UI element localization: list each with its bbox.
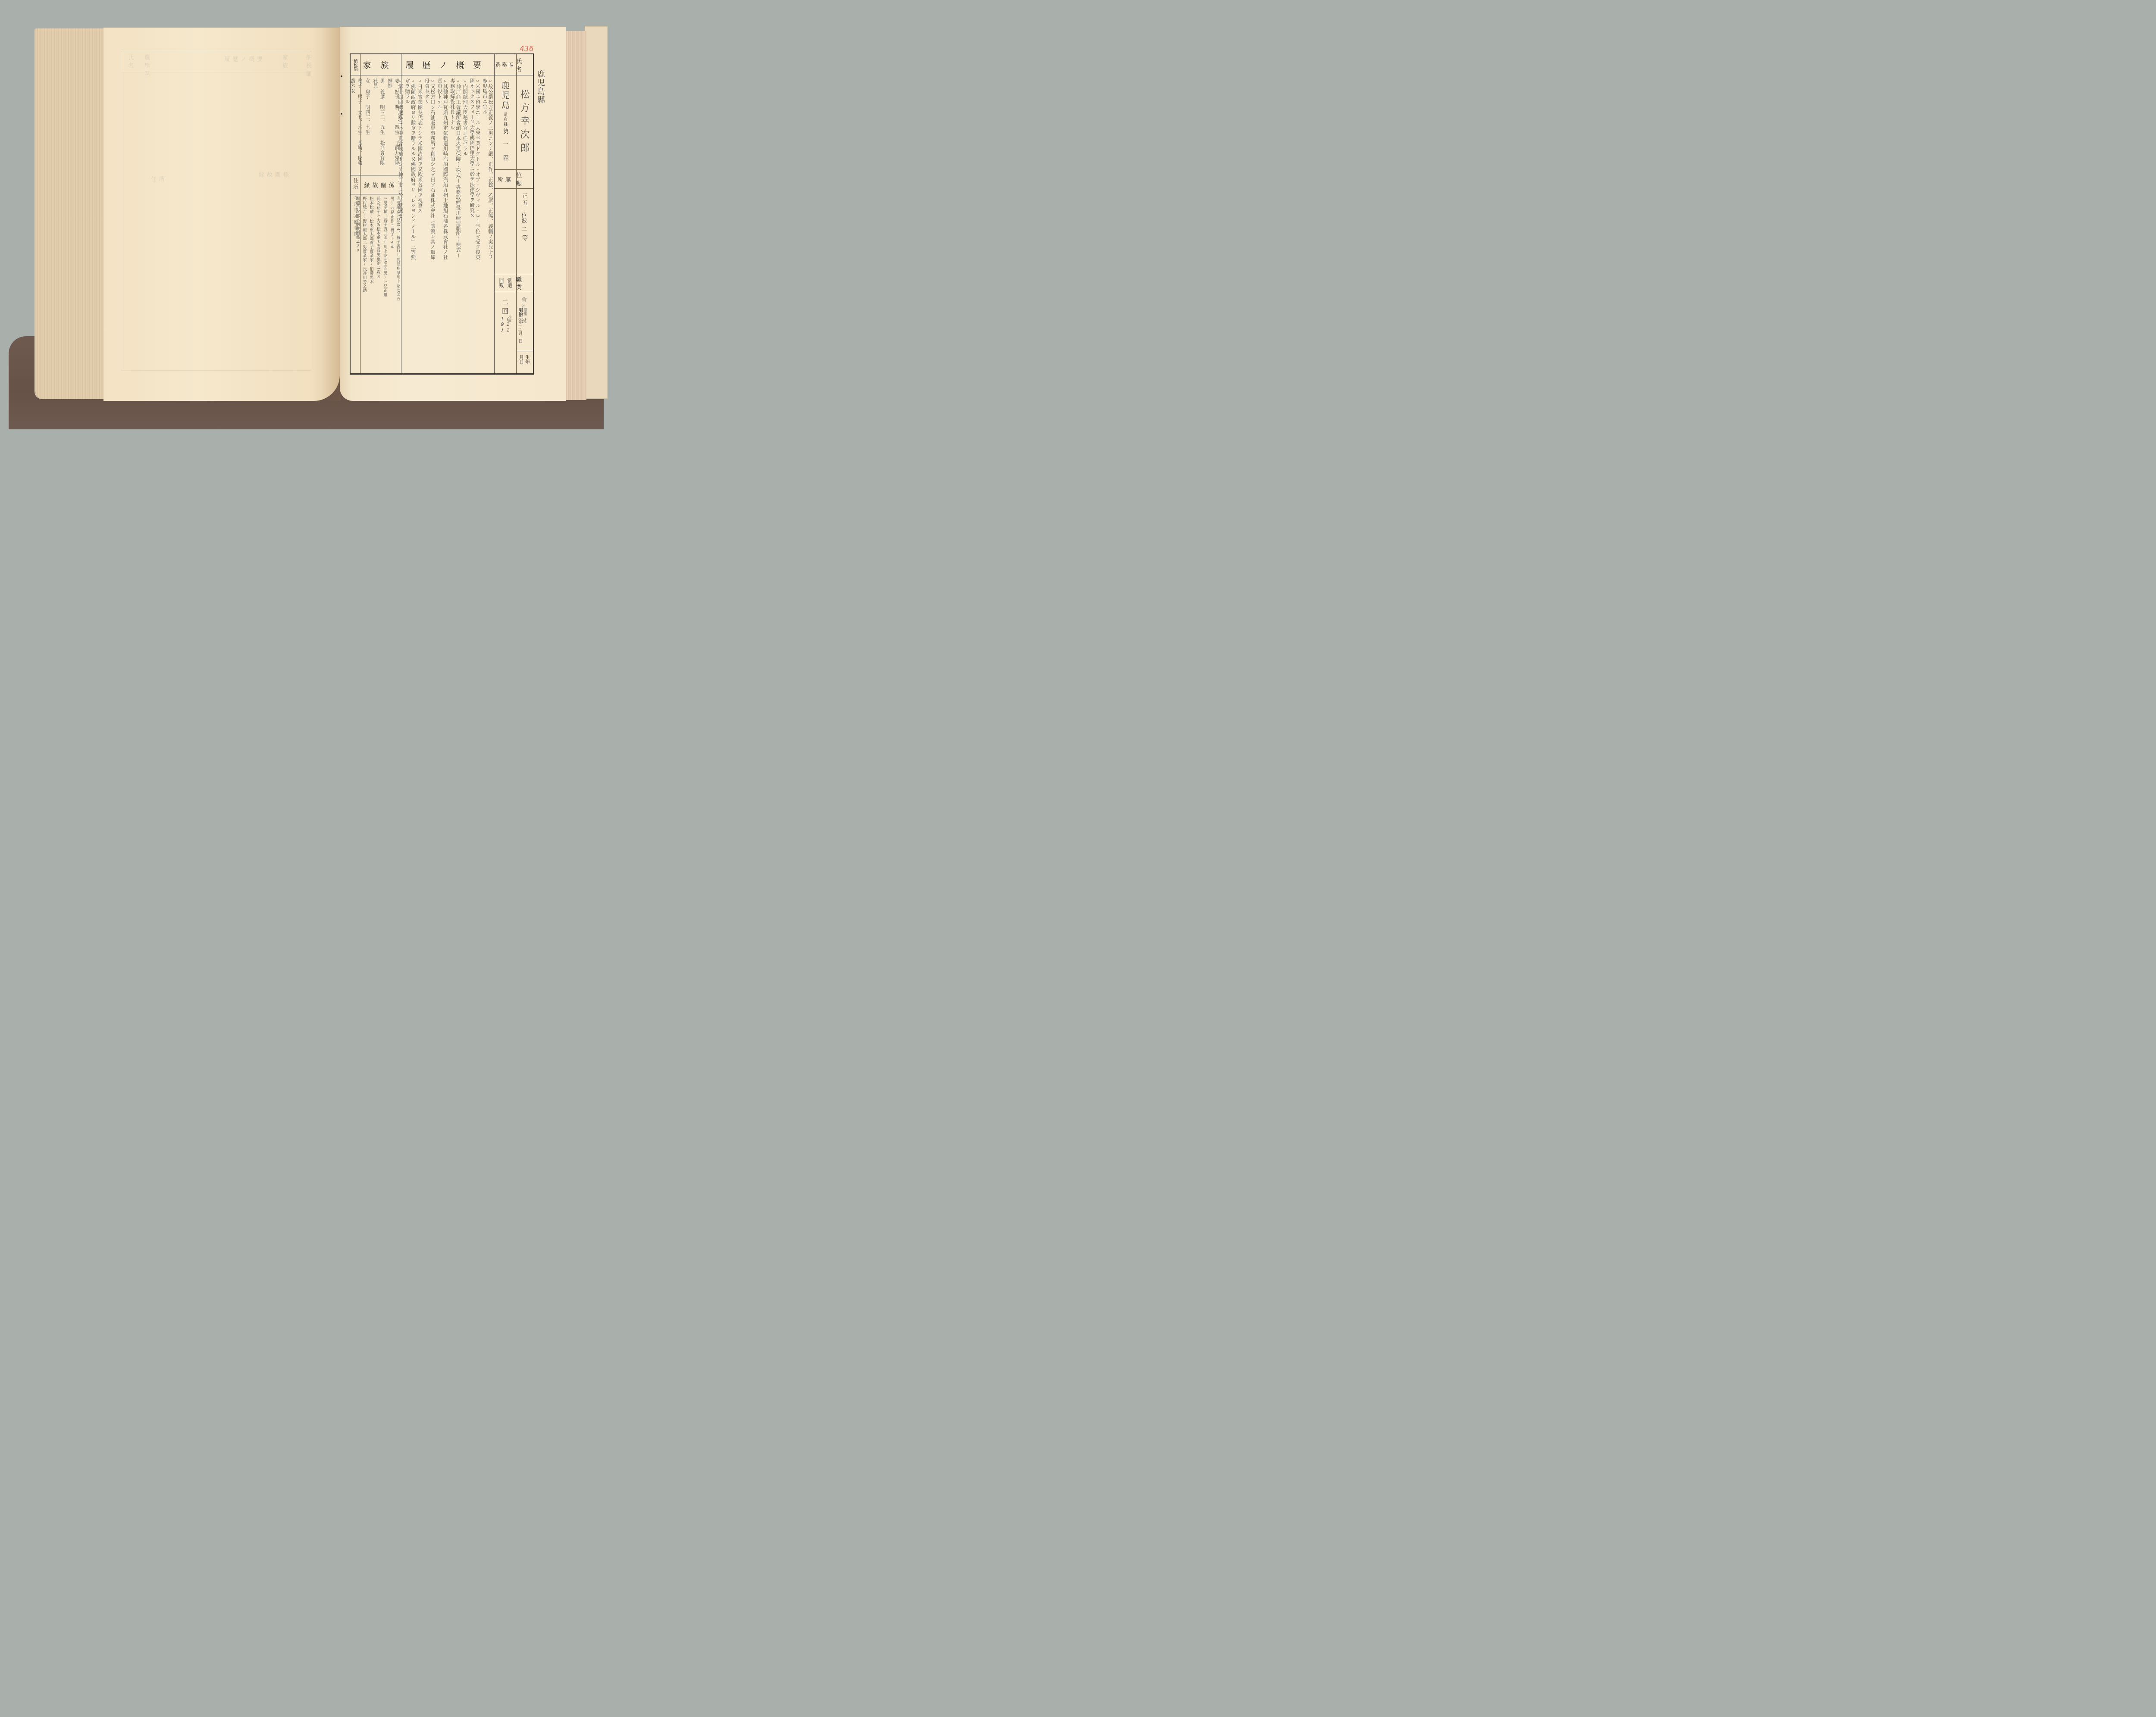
right-fore-edge — [565, 31, 586, 400]
register-form: 氏名 松方幸次郎 位勲 正五 位勲 二 等 職業 會社重役 生年 月日 選擧區 … — [350, 53, 534, 375]
ghost-header-name: 氏名 — [126, 54, 134, 71]
ghost-header-family: 家族 — [280, 54, 288, 71]
row-divider — [351, 194, 360, 194]
value-affiliation — [494, 189, 516, 274]
family-entry: 妻 好子 明二一、四生 子爵九鬼隆輝姉 — [386, 78, 400, 169]
career-entry: ○米國ニ留學エール大學卒業ドクトル・オブ・シヴィル・ロー学位ヲ受ク後英國オックス… — [469, 78, 480, 264]
left-page: 納税額 家族 履歴ノ概要 選擧區 氏名 縁故關係 住所 — [103, 28, 340, 401]
row-divider — [494, 188, 516, 189]
binding-hole — [341, 75, 342, 77]
relations-entry: 四男勝彥ハ兄巖ニ、養子義行(鹿児島県川上左七郎五男)ハ兄正作ニ養子トナル — [389, 197, 401, 309]
ghost-header-career: 履歴ノ概要 — [224, 54, 265, 63]
family-entry: 女 房子 明四三、七生 — [364, 78, 371, 169]
left-fore-edge — [35, 28, 104, 399]
value-tax — [351, 76, 360, 175]
career-entry: ○其他神戸瓦斯九州電氣軌道川崎汽船國際汽船九州土地旭石油各株式會社ノ社長重役トナ… — [437, 78, 448, 264]
label-relations: 縁故關係 — [360, 175, 401, 194]
relations-entry: 松本松藏(松本重太郎養子實業家)伯爵黒木 — [368, 197, 374, 309]
label-constituency: 選擧區 — [494, 54, 516, 75]
annotation-hyogo: 兵庫 — [508, 316, 512, 322]
row-divider — [516, 292, 533, 292]
career-entry: ○内閣總理大臣秘書官ニ任セラル — [462, 78, 468, 264]
margin-note-prefecture: 鹿児島縣 — [535, 70, 546, 104]
label-career: 履歴ノ概要 — [401, 54, 494, 75]
relations-entries: 四男勝彥ハ兄巖ニ、養子義行(鹿児島県川上左七郎五男)ハ兄正作ニ養子トナル 三男幸… — [362, 197, 401, 309]
value-name: 松方幸次郎 — [516, 76, 532, 169]
page-number: 436 — [520, 45, 533, 53]
row-divider — [360, 194, 401, 194]
ghost-label-address: 住所 — [151, 174, 167, 182]
back-cover-edge — [585, 26, 608, 399]
header-divider — [351, 75, 533, 75]
ghost-form-frame — [121, 51, 311, 371]
value-constituency: 鹿児島 道府縣 第 一 區 — [494, 76, 516, 169]
binding-hole — [341, 113, 342, 115]
row-divider — [516, 188, 533, 189]
career-entry: ○又松方日ソ石油販賣事務所ヲ創設シ之ヲ日ソ石油株式會社ニ讓渡シ其ノ取締役會長タリ — [424, 78, 436, 264]
relations-entry: 長女花子ハ大阪松本重太郎長男重治ニ嫁ス — [375, 197, 381, 309]
ghost-label-relations: 縁故關係 — [259, 170, 291, 178]
value-birth: 明治 元 年 一二 月 一 日 — [517, 308, 523, 372]
value-address: 神戸市須磨寺町 — [351, 196, 360, 256]
ghost-header-tax: 納税額 — [304, 54, 312, 79]
label-address: 住所 — [351, 175, 360, 194]
label-times-elected: 當選 回數 — [494, 274, 516, 292]
career-entry: ○日米實業團長代表トシテ米國清國ヲ又欧米各國ヲ視察ス — [417, 78, 423, 264]
label-rank: 位勲 — [516, 169, 532, 188]
birth-era-correction: 慶應 — [523, 308, 528, 315]
label-family: 家族 — [360, 54, 401, 75]
family-entry: 男 義彥 明三三、五生 松商會有限社員 — [372, 78, 385, 169]
gutter-shading — [321, 28, 341, 401]
label-name: 氏名 — [516, 54, 532, 75]
row-divider — [494, 292, 516, 292]
relations-entry: 三男幸輔、養子義三郎(川上左七郎四男)ハ兄正雄 — [382, 197, 388, 309]
career-entries: ○故公爵松方正義ノ三男ニシテ嚴、正作、正雄、乙彦、正熊、義輔ノ実兄ナリ鹿児島市ニ… — [402, 78, 493, 264]
family-entries: 妻 好子 明二一、四生 子爵九鬼隆輝姉 男 義彥 明三三、五生 松商會有限社員 … — [364, 78, 400, 169]
value-times-elected: 二 回 (11 19) — [494, 293, 516, 353]
label-affiliation: 所屬 — [494, 169, 516, 188]
relations-entry: 野村駿吉(野村龍太郎二男實業家)長谷川芳之助 — [361, 197, 367, 309]
value-rank: 正五 位勲 二 等 — [516, 189, 532, 274]
label-occupation: 職業 — [516, 274, 532, 292]
career-entry: ○故公爵松方正義ノ三男ニシテ嚴、正作、正雄、乙彦、正熊、義輔ノ実兄ナリ鹿児島市ニ… — [482, 78, 493, 264]
label-tax: 納税額 — [351, 54, 360, 75]
ghost-header-constituency: 選擧區 — [142, 54, 150, 79]
career-entry: ○神戸商工會議所會頭日本火災保險(株式)專務取締役川崎造船所(株式)專務取締役社… — [449, 78, 461, 264]
career-entry: ○佛蘭西政府ヨリ勲章ヲ贈ラルル又佛國政府ヨリ「レジヨンドノール」三等勲章ヲ贈ラル — [404, 78, 416, 264]
